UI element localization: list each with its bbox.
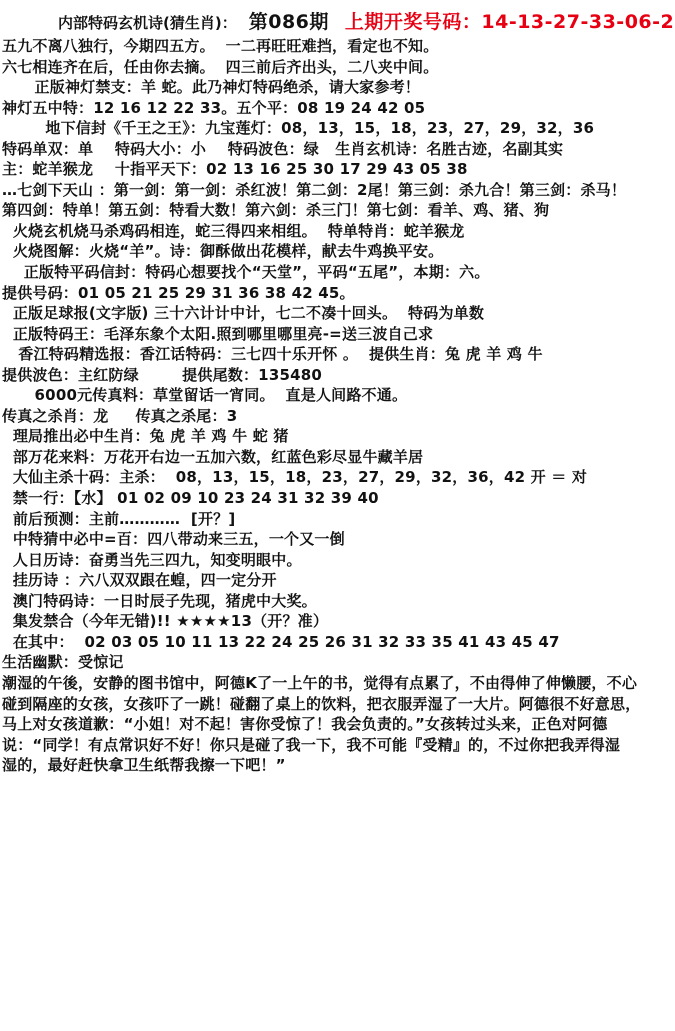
- text-line: 6000元传真料：草堂留话一宵同。 直是人间路不通。: [2, 385, 673, 406]
- text-line: 人日历诗：奋勇当先三四九，知变明眼中。: [2, 550, 673, 571]
- sheet-body: 五九不离八独行，今期四五方。 一二再旺旺难挡，看定也不知。 六七相连齐在后，任由…: [0, 35, 675, 776]
- header-title: 内部特码玄机诗(猜生肖)：: [58, 12, 237, 33]
- sheet-header: 内部特码玄机诗(猜生肖)： 第086期 上期开奖号码：14-13-27-33-0…: [0, 0, 675, 35]
- text-line: 提供号码：01 05 21 25 29 31 36 38 42 45。: [2, 283, 673, 304]
- text-line: 理局推出必中生肖：兔 虎 羊 鸡 牛 蛇 猪: [2, 426, 673, 447]
- text-line: 正版特平码信封：特码心想要找个“天堂”，平码“五尾”，本期：六。: [2, 262, 673, 283]
- text-line: 正版足球报(文字版) 三十六计计中计，七二不凑十回头。 特码为单数: [2, 303, 673, 324]
- text-line: 前后预测：主前………… [开？]: [2, 509, 673, 530]
- humor-title-line: 生活幽默：受惊记: [2, 652, 673, 673]
- text-line: 提供波色：主红防绿 提供尾数：135480: [2, 365, 673, 386]
- text-line: 地下信封《千王之王》：九宝莲灯：08，13，15，18，23，27，29，32，…: [2, 118, 673, 139]
- text-line: 主：蛇羊猴龙 十指平天下：02 13 16 25 30 17 29 43 05 …: [2, 159, 673, 180]
- lottery-tip-sheet: 内部特码玄机诗(猜生肖)： 第086期 上期开奖号码：14-13-27-33-0…: [0, 0, 675, 1031]
- text-line: 在其中： 02 03 05 10 11 13 22 24 25 26 31 32…: [2, 632, 673, 653]
- text-line: 部万花来料：万花开右边一五加六数，红蓝色彩尽显牛藏羊居: [2, 447, 673, 468]
- humor-story-line: 湿的，最好赶快拿卫生纸帮我擦一下吧！”: [2, 755, 673, 776]
- text-line: …七剑下天山 ：第一剑：第一剑：杀红波！第二剑：2尾！第三剑：杀九合！第三剑：杀…: [2, 180, 673, 201]
- text-line: 火烧图解：火烧“羊”。诗：御酥做出花模样，献去牛鸡换平安。: [2, 241, 673, 262]
- text-line: 特码单双：单 特码大小：小 特码波色：绿 生肖玄机诗：名胜古迹，名副其实: [2, 139, 673, 160]
- humor-story-line: 潮湿的午後，安静的图书馆中，阿德K了一上午的书，觉得有点累了，不由得伸了伸懒腰，…: [2, 673, 673, 694]
- text-line: 澳门特码诗：一日时辰子先现，猪虎中大奖。: [2, 591, 673, 612]
- issue-number: 第086期: [249, 7, 329, 34]
- humor-story-line: 说：“同学！有点常识好不好！你只是碰了我一下，我不可能『受精』的，不过你把我弄得…: [2, 735, 673, 756]
- text-line: 正版神灯禁支：羊 蛇。此乃神灯特码绝杀，请大家参考！: [2, 77, 673, 98]
- text-line: 传真之杀肖：龙 传真之杀尾：3: [2, 406, 673, 427]
- text-line: 火烧玄机烧马杀鸡码相连，蛇三得四来相组。 特单特肖：蛇羊猴龙: [2, 221, 673, 242]
- text-line: 第四剑：特单！第五剑：特看大数！第六剑：杀三门！第七剑：看羊、鸡、猪、狗: [2, 200, 673, 221]
- text-line: 正版特码王：毛泽东象个太阳.照到哪里哪里亮-=送三波自己求: [2, 324, 673, 345]
- text-line: 禁一行：【水】 01 02 09 10 23 24 31 32 39 40: [2, 488, 673, 509]
- humor-story-line: 马上对女孩道歉：“小姐！对不起！害你受惊了！我会负责的。”女孩转过头来，正色对阿…: [2, 714, 673, 735]
- humor-story-line: 碰到隔座的女孩，女孩吓了一跳！碰翻了桌上的饮料，把衣服弄湿了一大片。阿德很不好意…: [2, 694, 673, 715]
- last-draw-numbers: 上期开奖号码：14-13-27-33-06-20+19: [345, 7, 675, 34]
- text-line: 挂历诗 ：六八双双跟在蝗，四一定分开: [2, 570, 673, 591]
- text-line: 香江特码精选报：香江话特码：三七四十乐开怀 。 提供生肖：兔 虎 羊 鸡 牛: [2, 344, 673, 365]
- text-line: 集发禁合（今年无错)!! ★★★★13（开？准）: [2, 611, 673, 632]
- text-line: 五九不离八独行，今期四五方。 一二再旺旺难挡，看定也不知。: [2, 36, 673, 57]
- text-line: 大仙主杀十码：主杀： 08，13，15，18，23，27，29，32，36，42…: [2, 467, 673, 488]
- text-line: 六七相连齐在后，任由你去摘。 四三前后齐出头，二八夹中间。: [2, 57, 673, 78]
- text-line: 神灯五中特：12 16 12 22 33。五个平：08 19 24 42 05: [2, 98, 673, 119]
- text-line: 中特猜中必中=百：四八带动来三五，一个又一倒: [2, 529, 673, 550]
